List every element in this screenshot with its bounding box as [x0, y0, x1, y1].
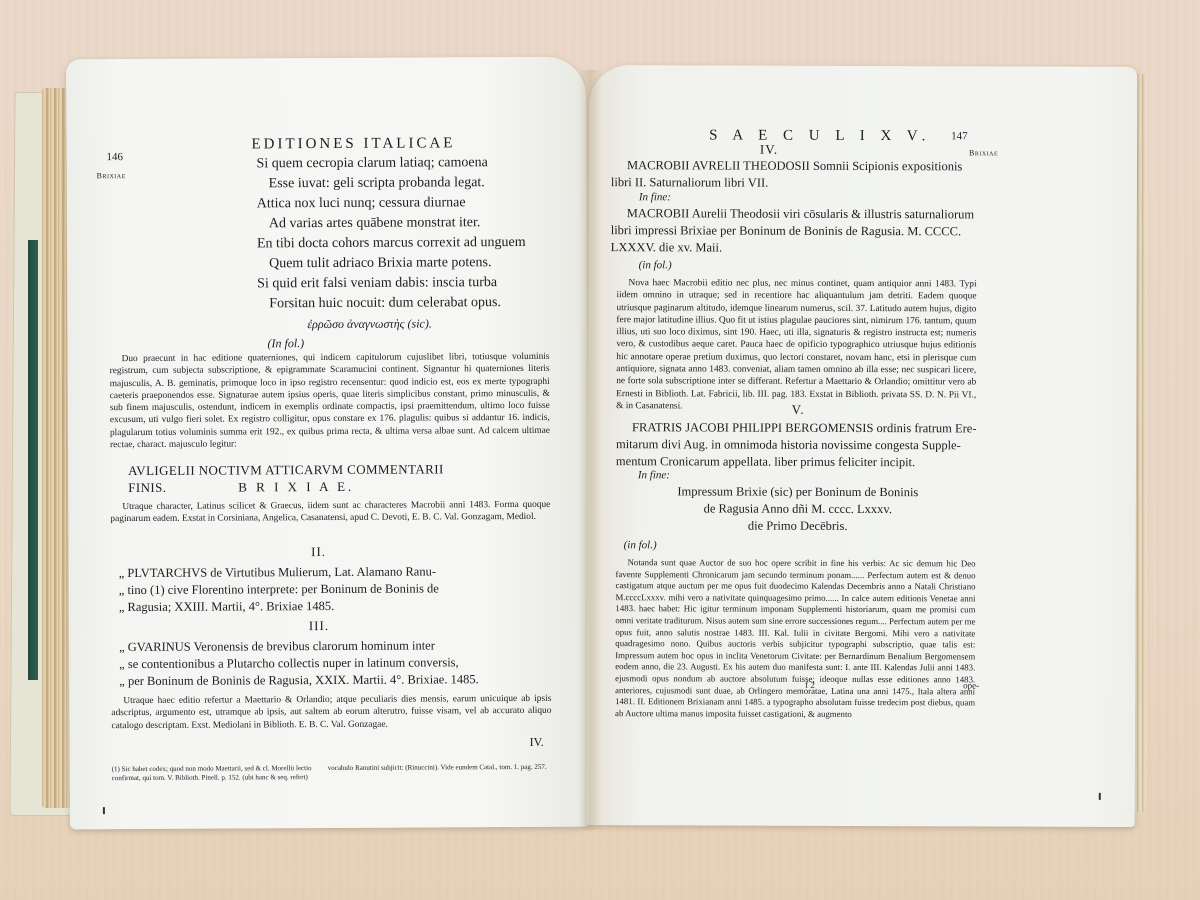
entry-line: mentum Cronicarum appellata. liber primu…	[616, 453, 986, 471]
entry-line: libri II. Saturnaliorum libri VII.	[611, 174, 971, 192]
entry-line: „ Ragusia; XXIII. Martii, 4°. Brixiae 14…	[119, 597, 559, 616]
margin-note: Brixiae	[97, 171, 126, 180]
verse-line: Ad varias artes quābene monstrat iter.	[269, 213, 589, 235]
folio-number: 147	[951, 130, 968, 142]
format-note: (in fol.)	[624, 539, 657, 551]
paragraph: Nova haec Macrobii editio nec plus, nec …	[616, 277, 976, 414]
colophon-line: LXXXV. die xv. Maii.	[611, 239, 971, 257]
colophon-line: MACROBII Aurelii Theodosii viri cōsulari…	[627, 205, 987, 223]
dedicatory-verse: Si quem cecropia clarum latiaq; camoena …	[256, 153, 577, 335]
verse-line: Quem tulit adriaco Brixia marte potens.	[269, 253, 589, 275]
verse-line: Si quem cecropia clarum latiaq; camoena	[256, 153, 576, 175]
book-gutter	[578, 70, 602, 830]
right-page: S A E C U L I X V. 147 Brixiae IV. MACRO…	[587, 65, 1138, 827]
signature-mark: f 2	[805, 680, 815, 690]
paragraph: Utraque character, Latinus scilicet & Gr…	[110, 499, 550, 526]
colophon-line: de Ragusia Anno dñi M. cccc. Lxxxv.	[648, 500, 948, 518]
verse-line: Forsitan huic nocuit: dum celerabat opus…	[269, 293, 589, 315]
section-number: III.	[289, 618, 349, 634]
colophon-line: AVLIGELII NOCTIVM ATTICARVM COMMENTARII	[128, 460, 444, 479]
left-page: 146 Brixiae EDITIONES ITALICAE Si quem c…	[66, 57, 590, 830]
format-note: (in fol.)	[639, 259, 672, 271]
entry-IV: MACROBII AVRELII THEODOSII Somnii Scipio…	[611, 157, 971, 192]
colophon-line: libri impressi Brixiae per Boninum de Bo…	[611, 222, 971, 240]
entry-II: „ PLVTARCHVS de Virtutibus Mulierum, Lat…	[119, 563, 559, 616]
section-number: IV.	[749, 142, 789, 158]
paragraph: Notanda sunt quae Auctor de suo hoc oper…	[615, 557, 976, 721]
entry-III: „ GVARINUS Veronensis de brevibus claror…	[119, 637, 569, 690]
format-note: (In fol.)	[267, 336, 304, 351]
entry-line: MACROBII AVRELII THEODOSII Somnii Scipio…	[627, 157, 987, 175]
entry-line: „ per Boninum de Boninis de Ragusia, XXI…	[119, 671, 569, 690]
verse-line: Esse iuvat: geli scripta probanda legat.	[269, 173, 589, 195]
verse-line: En tibi docta cohors marcus correxit ad …	[257, 233, 577, 255]
running-head: S A E C U L I X V.	[709, 127, 931, 145]
in-fine-label: In fine:	[638, 469, 670, 481]
colophon-line: die Primo Decēbris.	[648, 517, 948, 535]
green-cloth-spine	[28, 240, 38, 680]
colophon-finis: FINIS.	[128, 479, 166, 496]
paragraph: Utraque haec editio refertur a Maettario…	[111, 693, 551, 732]
footnote: (1) Sic habet codex; quod non modo Maett…	[112, 764, 312, 783]
entry-V: FRATRIS JACOBI PHILIPPI BERGOMENSIS ordi…	[616, 419, 986, 471]
colophon-V: Impressum Brixie (sic) per Boninum de Bo…	[648, 483, 948, 535]
entry-line: FRATRIS JACOBI PHILIPPI BERGOMENSIS ordi…	[632, 419, 1002, 437]
folio-number: 146	[106, 151, 123, 163]
section-number: V.	[778, 402, 818, 418]
section-number: II.	[289, 544, 349, 560]
page-mark	[103, 807, 105, 814]
catchword: ope-	[963, 680, 979, 690]
colophon-brixiae: B R I X I A E.	[238, 478, 354, 496]
running-head: EDITIONES ITALICAE	[251, 135, 455, 153]
colophon-line: Impressum Brixie (sic) per Boninum de Bo…	[648, 483, 948, 501]
page-mark	[1099, 793, 1101, 800]
in-fine-label: In fine:	[639, 191, 671, 203]
catchword: IV.	[530, 735, 544, 750]
colophon-IV: MACROBII Aurelii Theodosii viri cōsulari…	[611, 205, 971, 257]
footnote: vocabulo Ranutini subjicit: (Rinuccini).…	[328, 763, 558, 773]
verse-line: Attica nox luci nunq; cessura diurnae	[257, 193, 577, 215]
margin-note: Brixiae	[969, 148, 998, 157]
paragraph: Duo praecunt in hac editione quaternione…	[110, 351, 551, 452]
entry-line: mitarum divi Aug. in omnimoda historia n…	[616, 436, 986, 454]
verse-line: Si quid erit falsi veniam dabis: inscia …	[257, 273, 577, 295]
